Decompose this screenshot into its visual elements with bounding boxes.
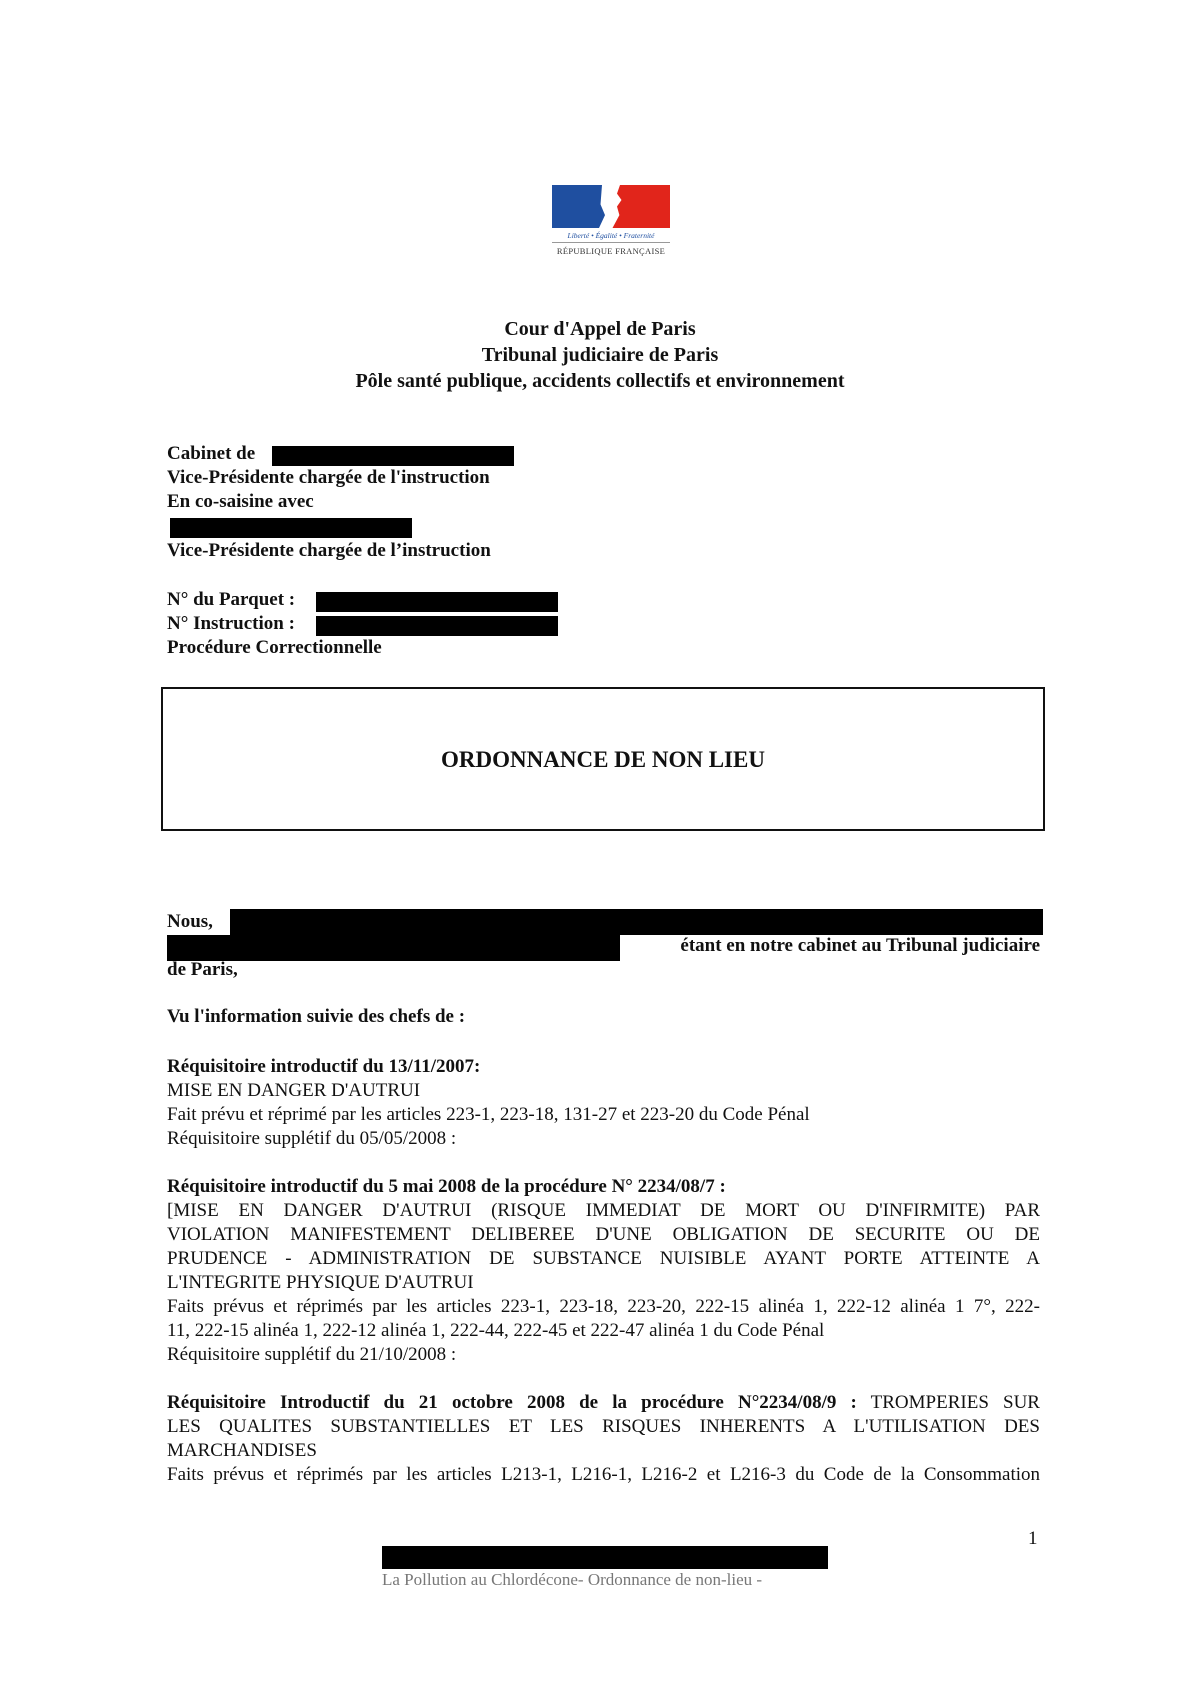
section-1-charge: MISE EN DANGER D'AUTRUI <box>167 1079 420 1103</box>
court-header: Cour d'Appel de Paris Tribunal judiciair… <box>0 316 1200 394</box>
logo-name: RÉPUBLIQUE FRANÇAISE <box>552 246 670 256</box>
articles-row: 11, 222-15 alinéa 1, 222-12 alinéa 1, 22… <box>167 1319 1040 1343</box>
redacted-cojudge-name <box>170 518 412 538</box>
marianne-flag-icon <box>552 185 670 228</box>
information-intro: Vu l'information suivie des chefs de : <box>167 1005 465 1029</box>
section-3-articles: Faits prévus et réprimés par les article… <box>167 1463 1040 1487</box>
redacted-judge-name <box>272 446 514 466</box>
section-3-heading: Réquisitoire Introductif du 21 octobre 2… <box>167 1392 857 1413</box>
section-3-charge-start: TROMPERIES SUR <box>871 1392 1040 1413</box>
parquet-number-label: N° du Parquet : <box>167 588 295 612</box>
cabinet-location: étant en notre cabinet au Tribunal judic… <box>626 934 1040 958</box>
footer-text: La Pollution au Chlordécone- Ordonnance … <box>382 1570 828 1590</box>
cabinet-label: Cabinet de <box>167 442 255 466</box>
charge-row: PRUDENCE - ADMINISTRATION DE SUBSTANCE N… <box>167 1247 1040 1271</box>
judge-role: Vice-Présidente chargée de l'instruction <box>167 466 490 490</box>
tribunal-name: Tribunal judiciaire de Paris <box>0 342 1200 368</box>
charge-row: VIOLATION MANIFESTEMENT DELIBEREE D'UNE … <box>167 1223 1040 1247</box>
procedure-type: Procédure Correctionnelle <box>167 636 382 660</box>
republique-francaise-logo: Liberté • Égalité • Fraternité RÉPUBLIQU… <box>552 185 670 256</box>
court-division: Pôle santé publique, accidents collectif… <box>0 368 1200 394</box>
cosaisine-label: En co-saisine avec <box>167 490 314 514</box>
court-of-appeal: Cour d'Appel de Paris <box>0 316 1200 342</box>
cabinet-location-end: de Paris, <box>167 958 238 982</box>
nous-label: Nous, <box>167 910 213 934</box>
page-number: 1 <box>1028 1528 1038 1550</box>
logo-motto: Liberté • Égalité • Fraternité <box>552 231 670 243</box>
charge-row: MARCHANDISES <box>167 1439 1040 1463</box>
section-1-articles: Fait prévu et réprimé par les articles 2… <box>167 1103 810 1127</box>
section-2-heading: Réquisitoire introductif du 5 mai 2008 d… <box>167 1175 726 1199</box>
document-title: ORDONNANCE DE NON LIEU <box>163 747 1043 773</box>
section-3-first-row: Réquisitoire Introductif du 21 octobre 2… <box>167 1391 1040 1415</box>
cojudge-role: Vice-Présidente chargée de l’instruction <box>167 539 491 563</box>
redacted-judge-identity <box>230 909 1043 935</box>
articles-row: Faits prévus et réprimés par les article… <box>167 1295 1040 1319</box>
section-3: Réquisitoire Introductif du 21 octobre 2… <box>167 1391 1040 1487</box>
section-2-suppletif: Réquisitoire supplétif du 21/10/2008 : <box>167 1343 1040 1367</box>
redacted-instruction-number <box>316 616 558 636</box>
charge-row: LES QUALITES SUBSTANTIELLES ET LES RISQU… <box>167 1415 1040 1439</box>
section-1-suppletif: Réquisitoire supplétif du 05/05/2008 : <box>167 1127 456 1151</box>
document-title-box: ORDONNANCE DE NON LIEU <box>161 687 1045 831</box>
redacted-parquet-number <box>316 592 558 612</box>
charge-row: L'INTEGRITE PHYSIQUE D'AUTRUI <box>167 1271 1040 1295</box>
section-1-heading: Réquisitoire introductif du 13/11/2007: <box>167 1055 480 1079</box>
section-2-charges: [MISE EN DANGER D'AUTRUI (RISQUE IMMEDIA… <box>167 1199 1040 1367</box>
instruction-number-label: N° Instruction : <box>167 612 295 636</box>
charge-row: [MISE EN DANGER D'AUTRUI (RISQUE IMMEDIA… <box>167 1199 1040 1223</box>
redacted-footer <box>382 1546 828 1569</box>
